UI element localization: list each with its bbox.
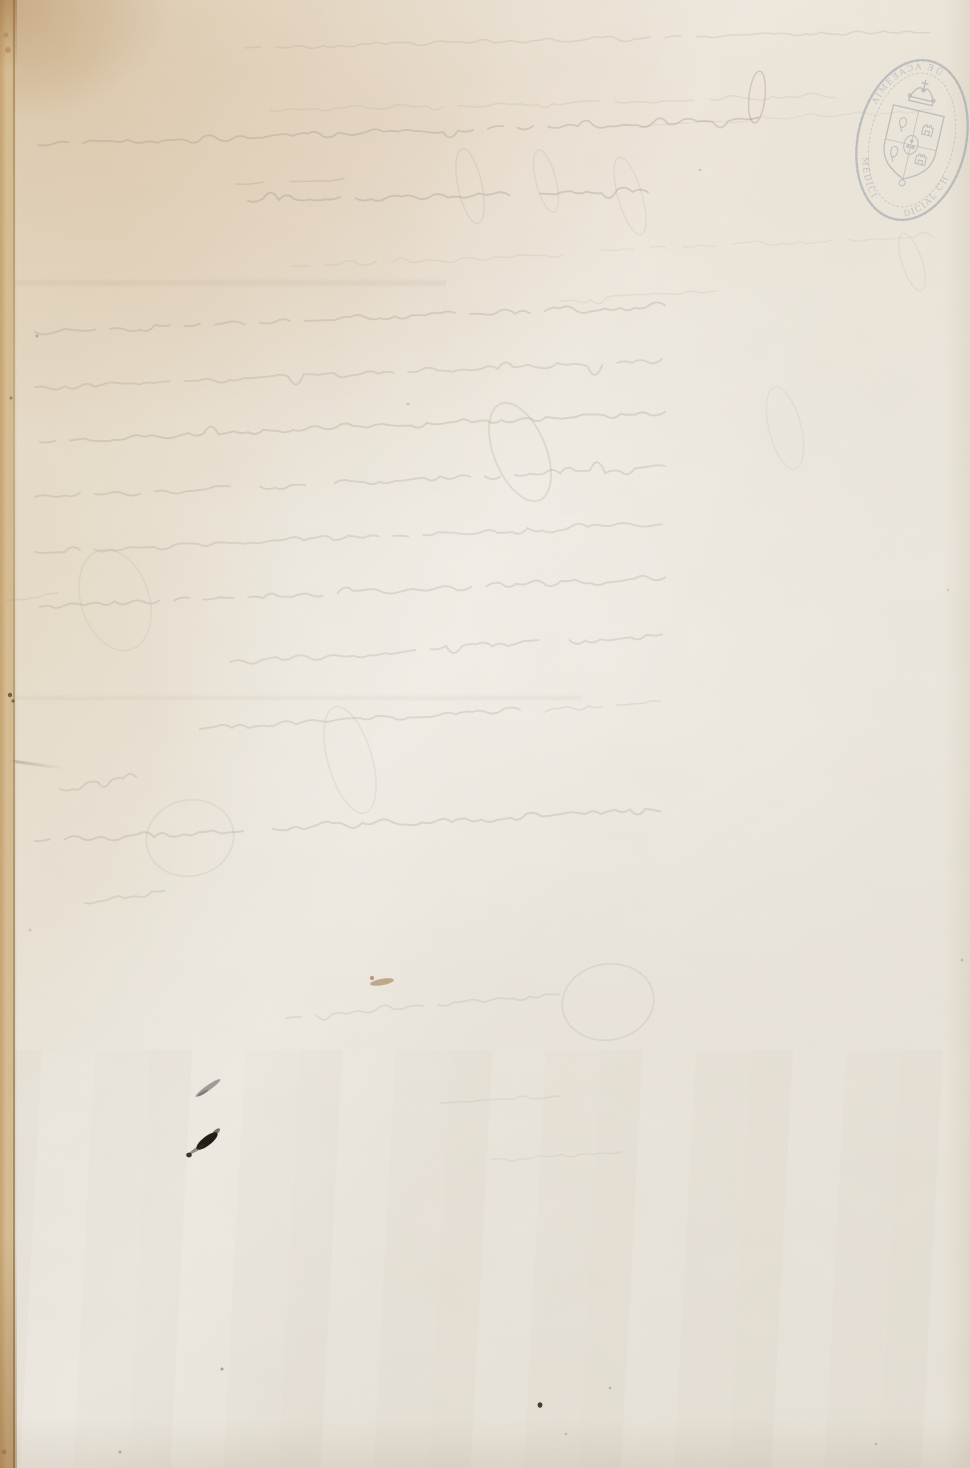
paper-speck <box>2 1450 7 1455</box>
stamp-outer-ring <box>848 50 970 231</box>
handwriting-flourish <box>67 540 164 660</box>
handwriting-stroke <box>545 701 660 712</box>
handwriting-stroke <box>236 178 344 184</box>
paper-speck <box>8 693 12 697</box>
handwriting-stroke <box>40 412 665 442</box>
handwriting-stroke <box>35 462 665 497</box>
handwriting-stroke <box>5 593 58 600</box>
handwriting-stroke <box>600 233 932 251</box>
paper-speck <box>5 47 11 53</box>
paper-speck <box>407 403 410 406</box>
paper-speck <box>119 1451 122 1454</box>
crown-icon <box>907 78 939 107</box>
handwriting-flourish <box>450 146 489 225</box>
manuscript-page: AIMEƎAƆA ƎŪ MEDICI DICIAL CH <box>0 0 970 1468</box>
pendant <box>899 179 906 186</box>
coat-of-arms-shield <box>876 105 944 192</box>
handwriting-stroke <box>270 93 835 111</box>
handwriting-flourish <box>556 957 660 1048</box>
handwriting-stroke <box>60 774 136 791</box>
paper-speck <box>370 976 374 980</box>
paper-speck <box>961 959 964 962</box>
paper-speck <box>875 1443 877 1445</box>
handwriting-stroke <box>292 255 562 266</box>
handwriting-stroke <box>560 291 716 304</box>
handwriting-bleedthrough-layer <box>0 0 970 1468</box>
lion-icon <box>898 117 908 132</box>
handwriting-stroke <box>85 891 165 904</box>
handwriting-stroke <box>35 809 660 841</box>
handwriting-stroke <box>490 1152 622 1162</box>
handwriting-flourish <box>529 148 564 215</box>
ink-blot <box>538 1402 543 1408</box>
paper-speck <box>947 589 950 592</box>
handwriting-stroke <box>248 188 648 202</box>
stamp-ring-text-top: AIMEƎAƆA ƎŪ <box>869 51 947 120</box>
handwriting-stroke <box>230 634 662 663</box>
handwriting-stroke <box>35 523 662 553</box>
paper-speck <box>4 33 9 38</box>
oval-stamp: AIMEƎAƆA ƎŪ MEDICI DICIAL CH <box>848 50 970 232</box>
paper-speck <box>609 1387 611 1389</box>
handwriting-stroke <box>245 31 930 48</box>
handwriting-flourish <box>759 383 810 472</box>
lion-icon <box>889 146 899 162</box>
handwriting-stroke <box>35 359 662 390</box>
paper-speck <box>29 929 32 932</box>
paper-speck <box>699 169 702 172</box>
paper-speck <box>221 1368 224 1371</box>
handwriting-stroke <box>286 994 560 1020</box>
paper-speck <box>36 335 39 338</box>
handwriting-flourish <box>746 70 767 123</box>
paper-speck <box>565 1433 568 1436</box>
ink-blot <box>186 1153 192 1158</box>
handwriting-flourish <box>893 230 931 293</box>
handwriting-flourish <box>607 154 652 238</box>
handwriting-stroke <box>35 302 665 334</box>
handwriting-stroke <box>440 1096 560 1103</box>
paper-speck <box>11 699 14 702</box>
paper-speck <box>10 397 13 400</box>
handwriting-stroke <box>38 118 758 146</box>
handwriting-stroke <box>40 576 665 608</box>
castle-icon <box>922 124 934 136</box>
castle-icon <box>915 153 927 165</box>
handwriting-flourish <box>476 394 563 510</box>
